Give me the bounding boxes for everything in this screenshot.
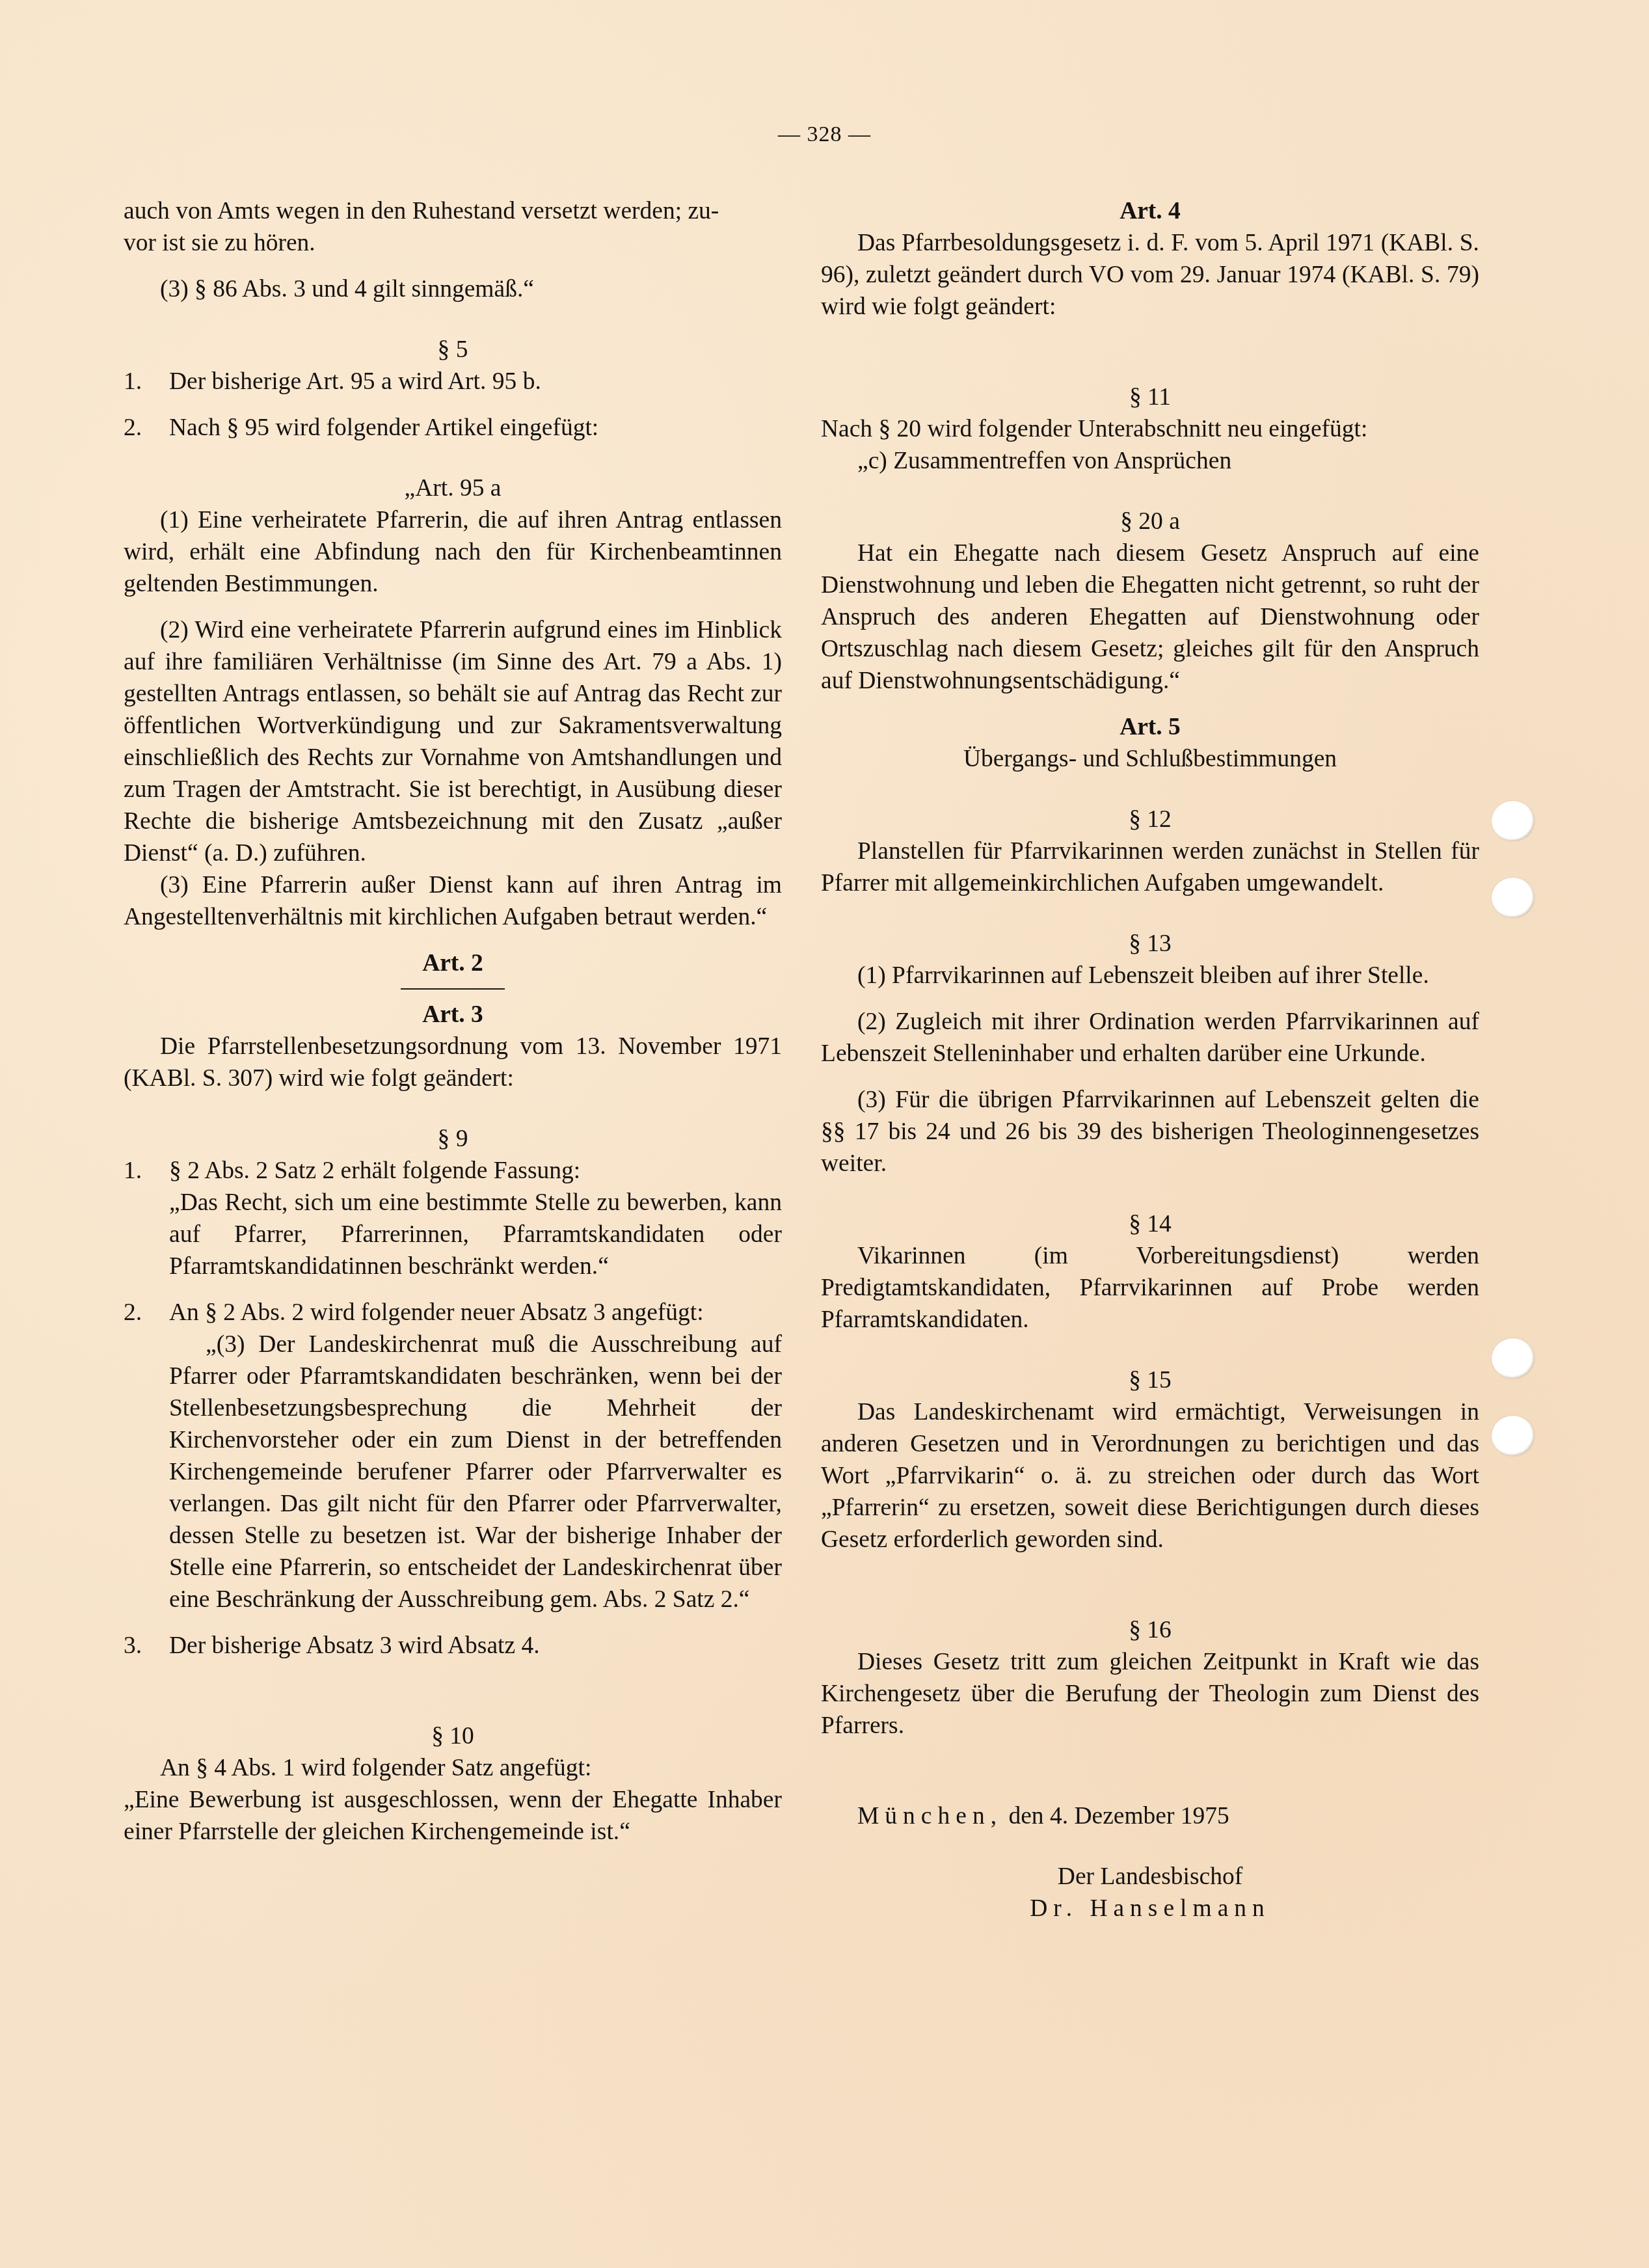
list-text: Nach § 95 wird folgender Artikel eingefü… <box>169 412 782 444</box>
section-10-quote: „Eine Bewerbung ist ausgeschlossen, wenn… <box>124 1784 782 1848</box>
section-5-heading: § 5 <box>124 334 782 366</box>
section-12-heading: § 12 <box>821 803 1479 835</box>
list-text: Der bisherige Absatz 3 wird Absatz 4. <box>169 1630 782 1662</box>
section-15-text: Das Landeskirchenamt wird ermächtigt, Ve… <box>821 1396 1479 1556</box>
signature-title: Der Landesbischof <box>821 1861 1479 1893</box>
list-number: 2. <box>124 412 169 444</box>
list-text: An § 2 Abs. 2 wird folgender neuer Absat… <box>169 1297 782 1329</box>
article-2-heading: Art. 2 <box>124 947 782 979</box>
article-5-subtitle: Übergangs- und Schlußbestimmungen <box>821 743 1479 775</box>
section-12-text: Planstellen für Pfarrvikarinnen werden z… <box>821 835 1479 899</box>
article-4-heading: Art. 4 <box>821 195 1479 227</box>
section-13-paragraph-2: (2) Zugleich mit ihrer Ordination werden… <box>821 1006 1479 1070</box>
list-text: § 2 Abs. 2 Satz 2 erhält folgende Fassun… <box>169 1155 782 1187</box>
section-9-item-2: 2. An § 2 Abs. 2 wird folgender neuer Ab… <box>124 1297 782 1615</box>
punch-hole-1 <box>1492 801 1535 841</box>
divider <box>401 988 505 990</box>
section-11-text: Nach § 20 wird folgender Unterabschnitt … <box>821 413 1479 445</box>
section-16-text: Dieses Gesetz tritt zum gleichen Zeitpun… <box>821 1646 1479 1742</box>
list-number: 3. <box>124 1630 169 1662</box>
left-column: auch von Amts wegen in den Ruhestand ver… <box>124 195 782 1848</box>
list-text: Der bisherige Art. 95 a wird Art. 95 b. <box>169 366 782 398</box>
article-3-text: Die Pfarrstellenbesetzungsordnung vom 13… <box>124 1031 782 1094</box>
page-number: — 328 — <box>0 122 1649 147</box>
section-9-item-1: 1. § 2 Abs. 2 Satz 2 erhält folgende Fas… <box>124 1155 782 1282</box>
section-13-heading: § 13 <box>821 928 1479 960</box>
list-number: 1. <box>124 366 169 398</box>
article-95a-paragraph-1: (1) Eine verheiratete Pfarrerin, die auf… <box>124 504 782 600</box>
list-quote: „(3) Der Landeskirchenrat muß die Aussch… <box>169 1329 782 1615</box>
section-10-heading: § 10 <box>124 1720 782 1752</box>
section-9-heading: § 9 <box>124 1123 782 1155</box>
list-number: 2. <box>124 1297 169 1615</box>
punch-hole-2 <box>1492 878 1535 918</box>
article-3-heading: Art. 3 <box>124 999 782 1031</box>
section-13-paragraph-3: (3) Für die übrigen Pfarrvikarinnen auf … <box>821 1084 1479 1180</box>
list-number: 1. <box>124 1155 169 1282</box>
section-5-item-1: 1. Der bisherige Art. 95 a wird Art. 95 … <box>124 366 782 398</box>
place: München, <box>857 1803 1002 1829</box>
article-95a-paragraph-3: (3) Eine Pfarrerin außer Dienst kann auf… <box>124 869 782 933</box>
section-20a-text: Hat ein Ehegatte nach diesem Gesetz Ansp… <box>821 537 1479 697</box>
section-13-paragraph-1: (1) Pfarrvikarinnen auf Lebenszeit bleib… <box>821 960 1479 992</box>
section-5-item-2: 2. Nach § 95 wird folgender Artikel eing… <box>124 412 782 444</box>
section-14-text: Vikarinnen (im Vorbereitungsdienst) werd… <box>821 1240 1479 1336</box>
signature-name: Dr. Hanselmann <box>821 1893 1479 1924</box>
punch-hole-4 <box>1492 1416 1535 1456</box>
article-95a-heading: „Art. 95 a <box>124 472 782 504</box>
section-20a-heading: § 20 a <box>821 506 1479 537</box>
place-date-line: München, den 4. Dezember 1975 <box>821 1800 1479 1832</box>
right-column: Art. 4 Das Pfarrbesoldungsgesetz i. d. F… <box>821 195 1479 1924</box>
section-15-heading: § 15 <box>821 1364 1479 1396</box>
article-4-text: Das Pfarrbesoldungsgesetz i. d. F. vom 5… <box>821 227 1479 323</box>
section-14-heading: § 14 <box>821 1208 1479 1240</box>
section-10-text: An § 4 Abs. 1 wird folgender Satz angefü… <box>124 1752 782 1784</box>
section-9-item-3: 3. Der bisherige Absatz 3 wird Absatz 4. <box>124 1630 782 1662</box>
list-quote: „Das Recht, sich um eine bestimmte Stell… <box>169 1187 782 1282</box>
intro-line-1: auch von Amts wegen in den Ruhestand ver… <box>124 195 782 227</box>
section-11-heading: § 11 <box>821 381 1479 413</box>
article-95a-paragraph-2: (2) Wird eine verheiratete Pfarrerin auf… <box>124 614 782 869</box>
paragraph-abs3: (3) § 86 Abs. 3 und 4 gilt sinngemäß.“ <box>124 273 782 305</box>
date: den 4. Dezember 1975 <box>1008 1803 1229 1829</box>
intro-line-2: vor ist sie zu hören. <box>124 227 782 259</box>
article-5-heading: Art. 5 <box>821 711 1479 743</box>
section-11-subsection: „c) Zusammentreffen von Ansprüchen <box>821 445 1479 477</box>
punch-hole-3 <box>1492 1338 1535 1379</box>
section-16-heading: § 16 <box>821 1614 1479 1646</box>
